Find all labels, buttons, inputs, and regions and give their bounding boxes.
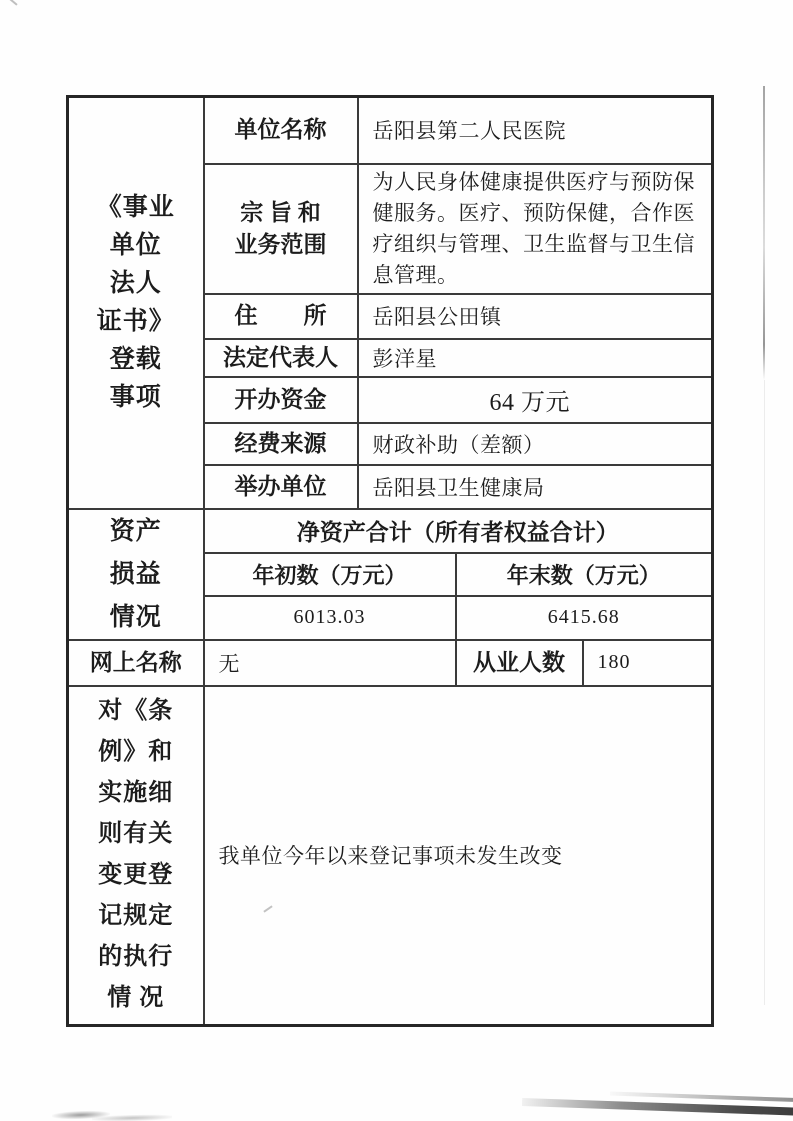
address-label: 住 所 bbox=[204, 294, 358, 339]
organizer-label: 举办单位 bbox=[204, 465, 358, 509]
opening-amount-label: 年初数（万元） bbox=[204, 553, 456, 596]
staff-count-label: 从业人数 bbox=[456, 640, 583, 686]
net-assets-total-header: 净资产合计（所有者权益合计） bbox=[204, 509, 713, 553]
opening-capital-value: 64 万元 bbox=[358, 377, 713, 423]
scan-artifact-bottom-right-streak-2 bbox=[610, 1092, 793, 1103]
table-row-net-assets-header: 资产 损益 情况 净资产合计（所有者权益合计） bbox=[68, 509, 713, 553]
closing-amount-value: 6415.68 bbox=[456, 596, 713, 639]
organizer-value: 岳阳县卫生健康局 bbox=[358, 465, 713, 509]
compliance-content: 我单位今年以来登记事项未发生改变 bbox=[204, 686, 713, 1026]
online-name-value: 无 bbox=[204, 640, 456, 686]
closing-amount-label: 年末数（万元） bbox=[456, 553, 713, 596]
unit-name-label: 单位名称 bbox=[204, 97, 358, 164]
table-row-compliance: 对《条 例》和 实施细 则有关 变更登 记规定 的执行 情 况 我单位今年以来登… bbox=[68, 686, 713, 1026]
assets-side-header: 资产 损益 情况 bbox=[68, 509, 204, 640]
legal-representative-value: 彭洋星 bbox=[358, 339, 713, 377]
table-row-online-name: 网上名称 无 从业人数 180 bbox=[68, 640, 713, 686]
opening-amount-value: 6013.03 bbox=[204, 596, 456, 639]
staff-count-value: 180 bbox=[583, 640, 713, 686]
address-value: 岳阳县公田镇 bbox=[358, 294, 713, 339]
purpose-scope-label: 宗 旨 和 业务范围 bbox=[204, 164, 358, 294]
scan-artifact-bottom-left-smudge-2 bbox=[92, 1114, 172, 1121]
funding-source-value: 财政补助（差额） bbox=[358, 423, 713, 465]
funding-source-label: 经费来源 bbox=[204, 423, 358, 465]
scan-artifact-right-edge-faint bbox=[764, 380, 765, 1005]
purpose-scope-value: 为人民身体健康提供医疗与预防保健服务。医疗、预防保健，合作医疗组织与管理、卫生监… bbox=[358, 164, 713, 294]
scan-artifact-right-edge-line bbox=[763, 86, 765, 380]
registration-items-table: 《事业 单位 法人 证书》 登载 事项 单位名称 岳阳县第二人民医院 宗 旨 和… bbox=[66, 95, 714, 1027]
table-row-unit-name: 《事业 单位 法人 证书》 登载 事项 单位名称 岳阳县第二人民医院 bbox=[68, 97, 713, 164]
online-name-label: 网上名称 bbox=[68, 640, 204, 686]
certificate-side-header: 《事业 单位 法人 证书》 登载 事项 bbox=[68, 97, 204, 509]
scan-artifact-bottom-left-smudge bbox=[52, 1110, 110, 1120]
opening-capital-label: 开办资金 bbox=[204, 377, 358, 423]
unit-name-value: 岳阳县第二人民医院 bbox=[358, 97, 713, 164]
legal-representative-label: 法定代表人 bbox=[204, 339, 358, 377]
scan-artifact-top-left-tick bbox=[9, 0, 17, 6]
scanned-document-page: 《事业 单位 法人 证书》 登载 事项 单位名称 岳阳县第二人民医院 宗 旨 和… bbox=[0, 0, 793, 1121]
scan-artifact-bottom-right-streak bbox=[522, 1098, 793, 1116]
compliance-side-header: 对《条 例》和 实施细 则有关 变更登 记规定 的执行 情 况 bbox=[68, 686, 204, 1026]
